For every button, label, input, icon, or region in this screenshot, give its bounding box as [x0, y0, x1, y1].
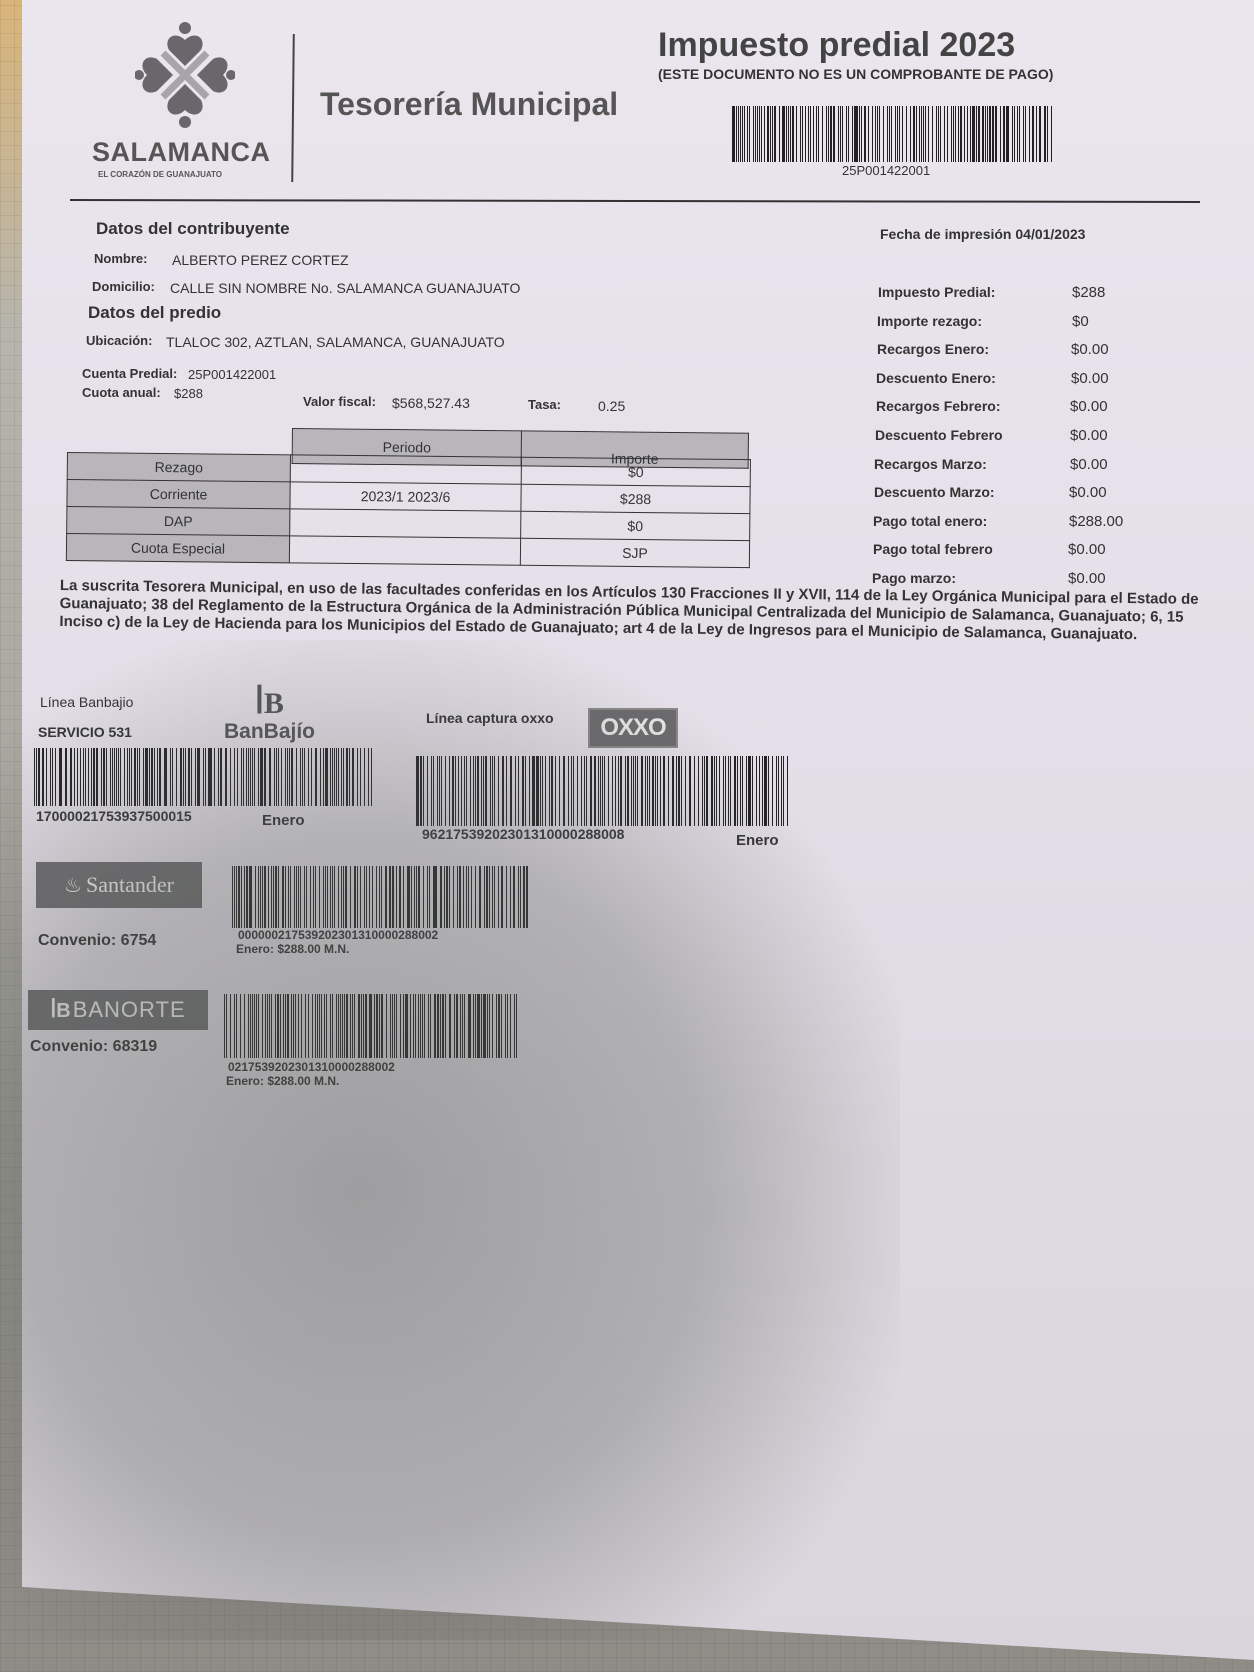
summary-label: Descuento Marzo: — [874, 484, 995, 500]
summary-value: $0.00 — [1070, 427, 1108, 444]
summary-label: Descuento Enero: — [876, 370, 996, 386]
banbajio-logo-icon: ꟾB — [255, 686, 284, 721]
santander-flame-icon: ♨ — [64, 873, 82, 898]
taxpayer-name: ALBERTO PEREZ CORTEZ — [172, 252, 349, 268]
taxpayer-address: CALLE SIN NOMBRE No. SALAMANCA GUANAJUAT… — [170, 280, 520, 296]
property-section-title: Datos del predio — [88, 303, 221, 323]
salamanca-heart-logo-icon — [135, 20, 235, 130]
banorte-amount: Enero: $288.00 M.N. — [226, 1074, 339, 1088]
annual-fee: $288 — [174, 386, 203, 401]
fiscal-value: $568,527.43 — [392, 395, 470, 411]
summary-label: Recargos Marzo: — [874, 456, 987, 472]
rate-label: Tasa: — [528, 397, 561, 412]
annual-fee-label: Cuota anual: — [82, 385, 161, 400]
summary-value: $0.00 — [1071, 370, 1109, 387]
summary-value: $0.00 — [1069, 484, 1107, 501]
summary-value: $0.00 — [1070, 398, 1108, 415]
summary-value: $0.00 — [1068, 541, 1106, 558]
banorte-agreement: Convenio: 68319 — [30, 1038, 157, 1056]
banorte-barcode — [224, 994, 520, 1058]
property-account: 25P001422001 — [188, 367, 276, 382]
logo-wordmark: SALAMANCA — [92, 137, 270, 168]
banbajio-barcode — [34, 748, 374, 806]
oxxo-barcode — [416, 756, 788, 826]
summary-value: $0.00 — [1071, 341, 1109, 358]
summary-label: Pago total enero: — [873, 513, 987, 529]
row-concept: Corriente — [67, 480, 290, 509]
account-barcode — [732, 106, 1052, 162]
summary-label: Recargos Enero: — [877, 341, 989, 357]
santander-amount: Enero: $288.00 M.N. — [236, 942, 349, 956]
account-barcode-text: 25P001422001 — [842, 163, 930, 178]
banbajio-logo-text: BanBajío — [224, 720, 315, 744]
summary-value: $0.00 — [1068, 570, 1106, 587]
address-label: Domicilio: — [92, 279, 155, 294]
document-sheet — [22, 0, 1254, 1660]
print-date: Fecha de impresión 04/01/2023 — [880, 226, 1085, 242]
banorte-logo-text: BANORTE — [73, 997, 186, 1023]
row-amount: $0 — [521, 511, 750, 540]
row-amount: $288 — [521, 484, 750, 513]
row-amount: SJP — [520, 538, 749, 567]
summary-label: Importe rezago: — [877, 313, 982, 329]
fiscal-value-label: Valor fiscal: — [303, 394, 376, 409]
row-amount: $0 — [521, 457, 750, 486]
row-period — [290, 509, 521, 538]
summary-value: $288.00 — [1069, 513, 1123, 530]
property-location: TLALOC 302, AZTLAN, SALAMANCA, GUANAJUAT… — [166, 334, 505, 350]
banbajio-service: SERVICIO 531 — [38, 724, 132, 740]
summary-label: Pago marzo: — [872, 570, 956, 586]
row-concept: DAP — [67, 507, 290, 536]
period-table: Rezago $0 Corriente 2023/1 2023/6 $288 D… — [66, 452, 751, 568]
summary-value: $0.00 — [1070, 456, 1108, 473]
banbajio-month: Enero — [262, 812, 305, 829]
taxpayer-section-title: Datos del contribuyente — [96, 219, 290, 239]
summary-value: $288 — [1072, 284, 1105, 301]
summary-label: Descuento Febrero — [875, 427, 1003, 443]
name-label: Nombre: — [94, 251, 147, 266]
row-period — [289, 536, 520, 565]
summary-label: Impuesto Predial: — [878, 284, 995, 300]
document-title: Impuesto predial 2023 — [658, 26, 1015, 65]
banorte-reference: 02175392023013100002880​02 — [228, 1060, 395, 1074]
summary-value: $0 — [1072, 313, 1089, 330]
row-period — [290, 455, 521, 484]
santander-reference: 0000002175392023013100002880​02 — [238, 928, 438, 942]
logo-tagline: EL CORAZÓN DE GUANAJUATO — [98, 170, 222, 179]
row-concept: Rezago — [67, 453, 290, 482]
oxxo-reference: 96217539202301310000288008 — [422, 826, 624, 842]
tax-rate: 0.25 — [598, 398, 625, 414]
print-date-label: Fecha de impresión — [880, 226, 1011, 242]
department-name: Tesorería Municipal — [320, 86, 618, 123]
oxxo-logo: OXXO — [588, 708, 678, 748]
row-period: 2023/1 2023/6 — [290, 482, 521, 511]
oxxo-month: Enero — [736, 832, 779, 849]
santander-agreement: Convenio: 6754 — [38, 932, 156, 950]
banorte-symbol-icon: ꟾB — [50, 998, 70, 1023]
santander-logo: ♨ Santander — [36, 862, 202, 908]
santander-barcode — [232, 866, 528, 928]
row-concept: Cuota Especial — [66, 534, 289, 563]
print-date-value: 04/01/2023 — [1015, 226, 1085, 242]
document-disclaimer: (ESTE DOCUMENTO NO ES UN COMPROBANTE DE … — [658, 66, 1053, 82]
summary-label: Pago total febrero — [873, 541, 993, 557]
location-label: Ubicación: — [86, 333, 152, 348]
oxxo-logo-text: OXXO — [600, 714, 665, 742]
banbajio-label: Línea Banbajio — [40, 694, 133, 710]
banbajio-reference: 17000021753937500015 — [36, 808, 192, 824]
banorte-logo: ꟾB BANORTE — [28, 990, 208, 1030]
oxxo-label: Línea captura oxxo — [426, 710, 554, 726]
santander-logo-text: Santander — [86, 872, 174, 898]
account-label: Cuenta Predial: — [82, 366, 177, 381]
summary-label: Recargos Febrero: — [876, 398, 1000, 414]
